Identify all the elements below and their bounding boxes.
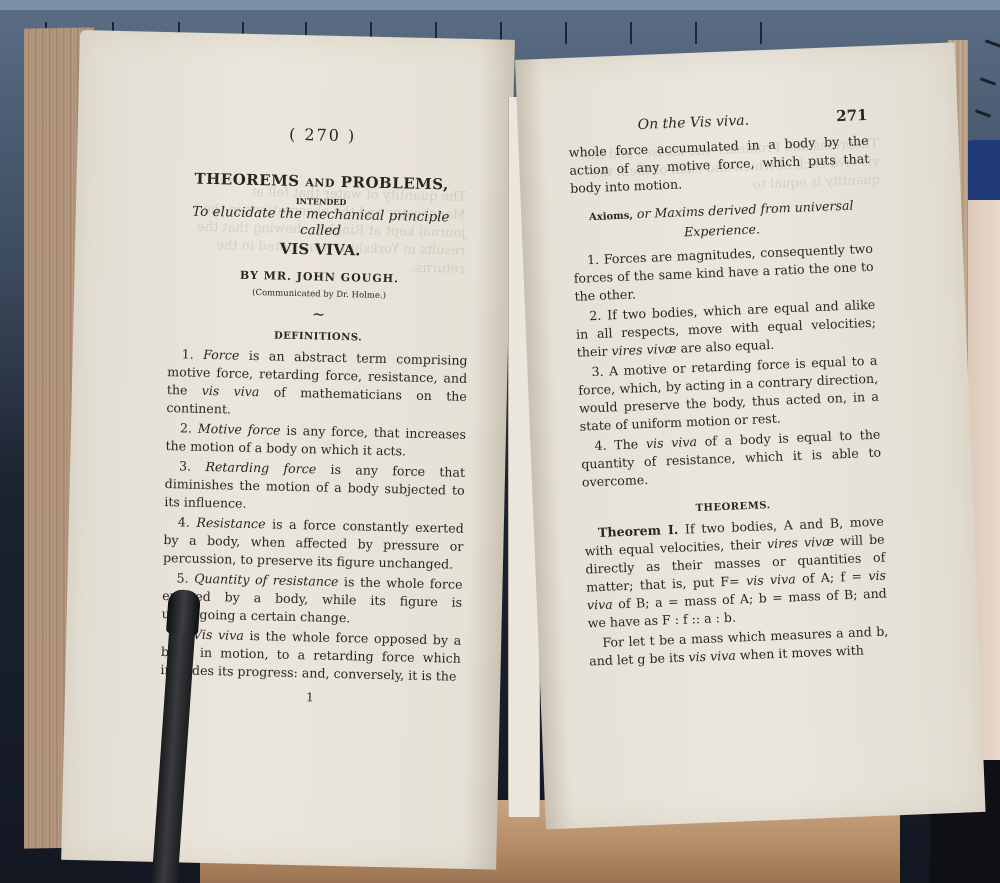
shelf-edge: [0, 0, 1000, 10]
definition-number: 5.: [176, 570, 188, 585]
axiom-item: 3. A motive or retarding force is equal …: [577, 352, 880, 436]
axiom-item: 2. If two bodies, which are equal and al…: [575, 296, 877, 362]
title-word: THEOREMS: [194, 170, 300, 190]
ornament-swash-icon: ~: [168, 304, 468, 325]
title-word: AND: [305, 176, 335, 190]
definition-term: Force: [203, 347, 240, 363]
right-page-content: On the Vis viva. 271 whole force accumul…: [567, 106, 889, 673]
theorem-italic: vires vivæ: [767, 534, 835, 552]
definition-item: 2. Motive force is any force, that incre…: [165, 419, 466, 462]
axiom-item: 1. Forces are magnitudes, consequently t…: [573, 240, 875, 306]
definition-number: 3.: [179, 458, 191, 473]
definition-item: 3. Retarding force is any force that dim…: [164, 457, 465, 518]
definition-number: 4.: [178, 514, 190, 529]
axiom-text: 4. The: [594, 436, 646, 453]
definition-term: Motive force: [198, 421, 281, 438]
theorem-label: Theorem I.: [598, 522, 679, 540]
running-head: On the Vis viva. 271: [567, 106, 867, 136]
definition-number: 1.: [182, 346, 194, 361]
definition-italic: vis viva: [202, 383, 260, 399]
author-line: BY MR. JOHN GOUGH.: [169, 267, 469, 287]
left-page-content: ( 270 ) THEOREMS AND PROBLEMS, INTENDED …: [160, 122, 473, 708]
axiom-text: 1. Forces are magnitudes, consequently t…: [574, 241, 874, 304]
proof-italic: vis viva: [688, 648, 736, 665]
axiom-italic: vis viva: [646, 434, 698, 451]
theorem-italic: vis viva: [746, 571, 796, 588]
shelf-mark: [695, 22, 697, 44]
theorem-text: of A; f =: [795, 568, 868, 586]
definition-item: 1. Force is an abstract term comprising …: [166, 345, 468, 424]
axioms-label: Axioms,: [589, 210, 633, 223]
shelf-mark: [980, 77, 996, 85]
article-subtitle: To elucidate the mechanical principle ca…: [170, 203, 471, 242]
page-number: ( 270 ): [173, 122, 473, 148]
definition-term: Quantity of resistance: [194, 571, 339, 589]
definition-item: 4. Resistance is a force constantly exer…: [163, 513, 464, 574]
definition-term: Retarding force: [205, 459, 316, 477]
definition-item: 5. Quantity of resistance is the whole f…: [162, 569, 463, 630]
definition-number: 2.: [180, 420, 192, 435]
theorem-paragraph: Theorem I. If two bodies, A and B, move …: [584, 513, 888, 633]
page-number: 271: [836, 106, 868, 125]
axiom-italic: vires vivæ: [611, 341, 677, 359]
article-title: THEOREMS AND PROBLEMS,: [171, 169, 471, 194]
shelf-mark: [760, 22, 762, 44]
right-page: Theorems and Problems. the masses and th…: [515, 42, 986, 829]
shelf-mark: [565, 22, 567, 44]
title-word: PROBLEMS,: [341, 173, 449, 193]
shelf-mark: [975, 109, 991, 117]
definition-term: Resistance: [196, 515, 265, 532]
shelf-mark: [630, 22, 632, 44]
left-page: The quantity of water that fell at Manch…: [61, 30, 515, 870]
definitions-heading: DEFINITIONS.: [168, 328, 468, 346]
communicated-line: (Communicated by Dr. Holme.): [169, 286, 469, 303]
axiom-item: 4. The vis viva of a body is equal to th…: [580, 426, 882, 492]
axioms-subtitle: or Maxims derived from universal Experie…: [637, 198, 854, 240]
axioms-heading: Axioms, or Maxims derived from universal…: [571, 196, 872, 246]
proof-text: when it moves with: [736, 642, 865, 662]
running-head-title: On the Vis viva.: [637, 113, 749, 133]
definition-term: Vis viva: [193, 627, 244, 643]
axiom-text: are also equal.: [676, 337, 774, 356]
axiom-text: 3. A motive or retarding force is equal …: [578, 353, 879, 434]
continuation-paragraph: whole force accumulated in a body by the…: [568, 132, 870, 198]
signature-mark: 1: [160, 687, 460, 708]
shelf-mark: [985, 39, 1000, 47]
definition-item: 6. Vis viva is the whole force opposed b…: [160, 625, 461, 686]
